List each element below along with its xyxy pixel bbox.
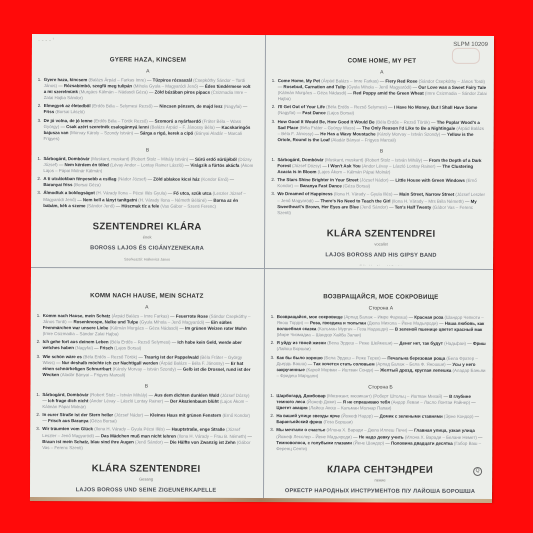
song-title: The Stars Shine Brighter in Your Street bbox=[277, 177, 359, 182]
song-title: Friss bbox=[44, 110, 56, 115]
track-entry: 3.De jó volna, de jó lenne (Erdős Béla –… bbox=[44, 118, 254, 143]
song-title: Braun ist mein Schatz, blau sind ihre Au… bbox=[42, 439, 135, 444]
song-title: Печальна березовая роща bbox=[387, 355, 446, 360]
song-title: Kleines Haus mit grünen Fenstern bbox=[150, 413, 222, 418]
composer-credit: (Йене Шандор) bbox=[353, 440, 385, 445]
composer-credit: (H. Várady Ilona – Németh Béláné) bbox=[138, 197, 208, 202]
track-entry: 2.The Stars Shine Brighter in Your Stree… bbox=[277, 177, 487, 190]
record-sleeve-back: · ‑ ‑ ‑ ꞌ GYERE HAZA, KINCSEM A 1.Gyere … bbox=[30, 34, 494, 500]
quadrant-russian: ВОЗВРАЩАЙСЯ, МОЕ СОКРОВИЩЕ Сторона А 1.В… bbox=[268, 275, 493, 502]
track-entry: 2.In eurer Straße ist der Stern heller (… bbox=[42, 412, 252, 425]
track-number: 1. bbox=[37, 313, 41, 319]
composer-credit: (Андор Леваи – Ласло Лонтаи Райнер) bbox=[391, 400, 471, 405]
song-title: Половина двадцати десятка bbox=[391, 440, 454, 445]
composer-credit: (Árpád Balázs – Béla F. Jánossy) bbox=[159, 360, 225, 365]
band-name: ОРКЕСТР НАРОДНЫХ ИНСТРУМЕНТОВ П/У ЛАЙОША… bbox=[268, 488, 492, 495]
track-number: 3. bbox=[271, 355, 275, 361]
composer-credit: (Béla Erdős – Rezső Selymesi) bbox=[110, 340, 172, 345]
separator: — bbox=[478, 434, 482, 439]
separator: — bbox=[230, 177, 234, 182]
song-title: Tűzpiros rózsaszál bbox=[153, 78, 194, 83]
composer-credit: (József Dózsy) bbox=[292, 163, 322, 168]
track-number: 1. bbox=[271, 157, 275, 163]
song-title: Возвращайся, мое сокровище bbox=[277, 314, 344, 319]
composer-credit: (Sándor Csepkóthy – János Tordi) bbox=[419, 79, 485, 84]
composer-credit: (Ernő Kondor) bbox=[222, 413, 250, 418]
track-number: 1. bbox=[271, 314, 275, 320]
song-title: Не надо девку учить bbox=[359, 434, 405, 439]
song-title: We Dreamed of Happiness bbox=[277, 191, 334, 196]
side-a-tracklist: 1.Возвращайся, мое сокровище (Арпад Бала… bbox=[269, 314, 493, 380]
song-title: Rosenknospe, Nelke und Tulpe bbox=[73, 319, 139, 324]
song-title: Húszmak tíz a fele bbox=[121, 203, 160, 208]
song-title: There's No Need to Teach the Girl bbox=[320, 198, 391, 203]
composer-credit: (Бела Эрдеш – Реже Шеймеши) bbox=[327, 341, 394, 346]
side-a-label: Сторона А bbox=[269, 305, 493, 312]
song-title: Frisch aus Baranya bbox=[48, 418, 90, 423]
song-title: Die Hälfte von Zwanzig ist Zehn bbox=[170, 439, 237, 444]
track-number: 2. bbox=[271, 340, 275, 346]
composer-credit: (Károly Morvay – István Szondy) bbox=[377, 131, 442, 136]
song-title: Come Home, My Pet bbox=[278, 78, 321, 83]
track-number: 2. bbox=[37, 176, 41, 182]
track-entry: 3.Wie schön wäre es (Béla Erdős – Rezső … bbox=[43, 354, 253, 379]
song-title: В зеленой пшенице цветет красный мак bbox=[395, 327, 482, 332]
composer-credit: (Károly Morvay – István Szondy) bbox=[113, 366, 178, 371]
composer-credit: (Йожеф Дожи) bbox=[306, 399, 337, 404]
band-name: BOROSS LAJOS ÉS CIGÁNYZENEKARA bbox=[35, 245, 259, 252]
track-entry: 2.A ti utcátokban fényesebb a csillag (N… bbox=[43, 176, 253, 189]
artist-role: Gesang bbox=[34, 476, 258, 482]
song-title: Шарбогард, Домбовар bbox=[276, 393, 326, 398]
sticker-residue bbox=[452, 48, 480, 64]
song-title: Nem kell a lányt tanítgatni bbox=[83, 197, 138, 202]
track-number: 2. bbox=[37, 339, 41, 345]
side-b-label: B bbox=[34, 383, 258, 390]
song-title: Wir träumten vom Glück bbox=[42, 426, 94, 431]
composer-credit: (Erdős Béla – Török Rezső) bbox=[94, 118, 149, 123]
side-b-label: B bbox=[35, 147, 259, 154]
composer-credit: (Арпад Балаж – Имре Фаркаш) bbox=[344, 314, 409, 319]
artist-role: ének bbox=[35, 234, 259, 240]
song-title: Sárga a rigó, kerek a cipó bbox=[140, 130, 194, 135]
song-title: Das Mädchen muß man nicht lehren bbox=[101, 433, 177, 438]
song-title: Csak azért szeretnék csalogánnyá lenni bbox=[66, 124, 150, 129]
qualiton-logo-icon: Q bbox=[473, 467, 482, 476]
composer-credit: (H. Várady Ilona – Pécsi Illés Gyula) bbox=[96, 191, 168, 196]
composer-credit: (Andor Lévay – László Lontay Rainer) bbox=[90, 398, 165, 403]
track-entry: 1.Шарбогард, Домбовар (Мюзикант, мюзикан… bbox=[276, 393, 486, 412]
composer-credit: (Morvay Károly – Szondy István) bbox=[70, 130, 135, 135]
composer-credit: (Borsai László) bbox=[55, 110, 84, 115]
composer-credit: (Nagyfai) bbox=[75, 346, 94, 351]
track-entry: 3.Мы мечтали о счастье (Илона Х. Варади … bbox=[276, 427, 486, 452]
composer-credit: (Borsai Géza) bbox=[74, 182, 101, 187]
song-title: Желтый дрозд, круглая лепешка bbox=[380, 367, 452, 372]
composer-credit: (Илона Х. Варади – Белане Немет) bbox=[405, 434, 478, 439]
track-number: 2. bbox=[270, 413, 274, 419]
song-title: Traurig ist der Pappelwald bbox=[144, 354, 200, 359]
horizontal-divider bbox=[31, 267, 493, 270]
song-title: Фриш bbox=[473, 341, 486, 346]
composer-credit: (Géza Borsai) bbox=[343, 184, 370, 189]
song-title: Главная улица, узкая улица bbox=[414, 428, 475, 433]
artist-role: vocalist bbox=[269, 241, 493, 247]
artist-role: пение bbox=[268, 477, 492, 483]
song-title: Цветет акация bbox=[276, 405, 308, 410]
track-entry: 1.Gyere haza, kincsem (Balázs Árpád – Fa… bbox=[44, 77, 254, 102]
separator: — bbox=[243, 104, 247, 109]
composer-credit: (Murgács Kálmán – Nádasdi Géza) bbox=[79, 89, 149, 94]
composer-credit: (József Nádor) bbox=[360, 178, 390, 183]
track-entry: 2.Ich gehe fort aus deinem Leben (Béla E… bbox=[43, 339, 253, 352]
track-number: 1. bbox=[36, 392, 40, 398]
track-entry: 1.Возвращайся, мое сокровище (Арпад Бала… bbox=[277, 314, 487, 339]
composer-credit: (Nagyfai) bbox=[224, 104, 243, 109]
composer-credit: (Бела Эрдеш – Реже Терек) bbox=[324, 355, 382, 360]
composer-credit: (Лайош Акош – Кальман Молнар Папаи) bbox=[309, 405, 392, 410]
song-title: De jó volna, de jó lenne bbox=[44, 118, 94, 123]
artist-name: KLÁRA SZENTENDREI bbox=[269, 228, 493, 240]
song-title: How Good It Would Be, How Good It Would … bbox=[278, 119, 376, 124]
track-entry: 3.How Good It Would Be, How Good It Woul… bbox=[278, 119, 488, 144]
side-a-tracklist: 1.Come Home, My Pet (Árpád Balázs – Imre… bbox=[270, 78, 494, 144]
album-title: ВОЗВРАЩАЙСЯ, МОЕ СОКРОВИЩЕ bbox=[269, 293, 493, 301]
track-number: 1. bbox=[270, 393, 274, 399]
composer-credit: (Дюла Михола – Йене Мадьяроди) bbox=[367, 321, 439, 326]
song-title: I Won't Ask You bbox=[328, 163, 362, 168]
composer-credit: (Muskant, muskant) (Robert Stolz – Istvá… bbox=[325, 157, 424, 162]
song-title: Fiery Red Rose bbox=[385, 79, 418, 84]
song-title: A ti utcátokban fényesebb a csillag bbox=[43, 176, 117, 181]
track-number: 2. bbox=[36, 412, 40, 418]
composer-credit: (Árpád Balázs – Imre Farkas) bbox=[321, 78, 380, 83]
album-title: GYERE HAZA, KINCSEM bbox=[36, 56, 260, 64]
song-title: Nur deshalb möchte ich zur Nachtigall we… bbox=[62, 360, 160, 365]
track-entry: 1.Komm nach Hause, mein Schatz (Árpád Ba… bbox=[43, 313, 253, 338]
composer-credit: (Aladár Bányai – Frigyes Marcali) bbox=[60, 372, 125, 377]
song-title: Our Love was a Sweet Fairy Tale bbox=[418, 85, 486, 90]
track-number: 2. bbox=[38, 103, 42, 109]
track-number: 3. bbox=[272, 119, 276, 125]
track-number: 3. bbox=[38, 118, 42, 124]
song-title: Baranyai friss bbox=[43, 182, 73, 187]
composer-credit: (Lajos Ákom – Kálmán Pápai Molnár) bbox=[318, 169, 391, 174]
composer-credit: (Robert Stolz – István Mihály) bbox=[90, 392, 149, 397]
quadrant-german: KOMM NACH HAUSE, MEIN SCHATZ A 1.Komm na… bbox=[34, 274, 259, 501]
song-title: Домик с зелеными ставнями bbox=[380, 414, 444, 419]
track-number: 1. bbox=[38, 77, 42, 83]
composer-credit: (Арпад Балаж – Бела Ф. Яношши) bbox=[376, 361, 447, 366]
song-title: Hauptstraße, enge Straße bbox=[172, 427, 226, 432]
composer-credit: (Aladár Bányai – Frigyes Marcali) bbox=[331, 137, 396, 142]
composer-credit: (Nagyfai) bbox=[278, 111, 297, 116]
track-entry: 3.Как бы было хорошо (Бела Эрдеш – Реже … bbox=[277, 355, 487, 380]
song-title: Virágzik a fürtös akácfa bbox=[190, 163, 240, 168]
song-title: Feuerrote Rose bbox=[176, 314, 209, 319]
song-title: Так хочется стать соловьем bbox=[313, 361, 375, 366]
song-title: Komm nach Hause, mein Schatz bbox=[43, 313, 112, 318]
track-number: 3. bbox=[37, 354, 41, 360]
composer-credit: (Илона Х. Варади – Дюла Иллеш Печи) bbox=[327, 428, 409, 433]
composer-credit: (Йожеф Надор) bbox=[341, 414, 374, 419]
song-title: I'll Get Out of Your Life bbox=[278, 104, 326, 109]
track-entry: 1.Sárbogárd, Dombóvár (Muskant, muskant)… bbox=[277, 157, 487, 176]
artist-name: КЛАРА СЕНТЭНДРЕИ bbox=[268, 464, 492, 476]
composer-credit: (Muskant, muskant) (Robert Stolz – Mihál… bbox=[91, 156, 190, 161]
song-title: He Has a Wavy Moustache bbox=[320, 131, 376, 136]
track-entry: 2.Я уйду из твоей жизни (Бела Эрдеш – Ре… bbox=[277, 340, 487, 353]
composer-credit: (Balázs Árpád – F. Jánossy Béla) bbox=[150, 124, 216, 129]
song-title: Rózsabimbó, szegfű meg tulipán bbox=[64, 83, 134, 88]
composer-credit: (Erdős Béla – Selymesi Rezső) bbox=[92, 104, 154, 109]
song-title: Rosebud, Carnation and Tulip bbox=[283, 84, 346, 89]
song-title: Денег нет, так будут bbox=[399, 341, 444, 346]
song-title: Main Street, Narrow Street bbox=[399, 192, 455, 197]
composer-credit: (Gyula Mihola – Jenő Magyaródi) bbox=[139, 320, 205, 325]
track-number: 2. bbox=[271, 177, 275, 183]
composer-credit: (Árpád Balázs – Imre Farkas) bbox=[112, 313, 171, 318]
song-title: Ich gehe fort aus deinem Leben bbox=[43, 339, 110, 344]
editor-credit: Редактор: Янош Халкович bbox=[268, 500, 492, 502]
composer-credit: (Béla Fráter – György Wass) bbox=[300, 125, 357, 130]
song-title: Роза, гвоздика и тюльпан bbox=[310, 320, 367, 325]
composer-credit: (Kondor Ernő) bbox=[201, 177, 230, 182]
editor-credit: Redakteur: János Halkovics bbox=[34, 499, 258, 501]
track-number: 3. bbox=[37, 190, 41, 196]
track-number: 3. bbox=[270, 427, 274, 433]
composer-credit: (Nádor József) bbox=[118, 177, 148, 182]
separator: — bbox=[475, 414, 479, 419]
composer-credit: (Béla Erdős – Rezső Selymesi) bbox=[326, 105, 388, 110]
song-title: Красная роза bbox=[414, 315, 444, 320]
song-title: Zöld ablakos kicsi ház bbox=[153, 177, 201, 182]
song-title: Я не спрашиваю тебя bbox=[343, 399, 391, 404]
song-title: Wie schön wäre es bbox=[43, 354, 83, 359]
composer-credit: (Надьфаи) bbox=[444, 341, 467, 346]
side-b-tracklist: 1.Sárbogárd, Dombóvár (Muskant, muskant)… bbox=[35, 156, 259, 210]
song-title: Zöld búzában piros pipacs bbox=[155, 90, 212, 95]
song-title: The Only Reason I'd Like to Be a Nightin… bbox=[362, 125, 456, 130]
song-title: Sárbogárd, Dombóvár bbox=[43, 156, 90, 161]
track-entry: 2.I'll Get Out of Your Life (Béla Erdős … bbox=[278, 104, 488, 117]
track-number: 2. bbox=[272, 104, 276, 110]
song-title: Я уйду из твоей жизни bbox=[277, 340, 328, 345]
song-title: Red Poppy amid the Green Wheat bbox=[353, 91, 425, 96]
side-b-tracklist: 1.Sárbogárd, Dombóvár (Robert Stolz – Is… bbox=[34, 392, 258, 452]
song-title: Мы мечтали о счастье bbox=[276, 427, 326, 432]
song-title: Sárbogárd, Dombóvár bbox=[277, 157, 324, 162]
composer-credit: (Эрне Кондор) bbox=[444, 414, 475, 419]
song-title: На вашей улице звезды ярче bbox=[276, 413, 341, 418]
song-title: Sárbogárd, Dombóvár bbox=[42, 392, 89, 397]
composer-credit: (Мюзикант, мюзикант) (Роберт Штольц – Иш… bbox=[327, 393, 444, 399]
composer-credit: (Lévay Andor – Lontay Rainer László) bbox=[110, 162, 185, 167]
composer-credit: (Gyula Mihola – Jenő Magyaródi) bbox=[347, 84, 413, 89]
composer-credit: (Kálmán Murgács – Géza Nádasdi) bbox=[110, 326, 180, 331]
composer-credit: (Mihola Gyula – Magyaródi Jenő) bbox=[133, 84, 199, 89]
song-title: Fő utca, szűk utca bbox=[173, 191, 212, 196]
track-entry: 1.Sárbogárd, Dombóvár (Robert Stolz – Is… bbox=[42, 392, 252, 411]
composer-credit: (Лайош Боршаи) bbox=[277, 347, 311, 352]
song-title: Как бы было хорошо bbox=[277, 355, 324, 360]
side-a-label: A bbox=[270, 69, 494, 76]
editor-credit: Szerkesztő: Halkovics János bbox=[35, 257, 259, 262]
composer-credit: (Andor Lévay – László Lontay Rainer) bbox=[362, 163, 437, 168]
composer-credit: (Ilona H. Várady – Mrs Béla Németh) bbox=[392, 198, 465, 203]
track-entry: 3.Álmodtuk a boldogságot (H. Várady Ilon… bbox=[43, 190, 253, 209]
composer-credit: (Géza Borsai) bbox=[90, 419, 117, 424]
side-a-tracklist: 1.Komm nach Hause, mein Schatz (Árpád Ba… bbox=[35, 313, 259, 379]
track-entry: 1.Sárbogárd, Dombóvár (Muskant, muskant)… bbox=[43, 156, 253, 175]
side-b-tracklist: 1.Sárbogárd, Dombóvár (Muskant, muskant)… bbox=[269, 157, 493, 217]
song-title: In eurer Straße ist der Stern heller bbox=[42, 412, 114, 417]
track-entry: 3.Wir träumten vom Glück (Ilona H. Várad… bbox=[42, 426, 252, 451]
band-name: LAJOS BOROSS AND HIS GIPSY BAND bbox=[269, 252, 493, 259]
song-title: Ich frage dich nicht bbox=[48, 398, 90, 403]
song-title: Baranya Fast Dance bbox=[300, 183, 343, 188]
quadrant-english: SLPM 10209 COME HOME, MY PET A 1.Come Ho… bbox=[269, 39, 494, 266]
side-a-label: A bbox=[36, 68, 260, 75]
composer-credit: (Йожеф Лесслер – Йене Мадьяроди) bbox=[276, 434, 353, 439]
composer-credit: (Кальман Мургач – Геза Надашди) bbox=[318, 326, 390, 331]
composer-credit: (Карой Морваи – Иштван Сонди) bbox=[306, 367, 374, 372]
composer-credit: (Jenő Sándor) bbox=[135, 439, 164, 444]
composer-credit: (Kálmán Murgács – Géza Nádasdi) bbox=[278, 90, 348, 95]
composer-credit: (Имре Чизмадиа – Шандор Хайба Залаи) bbox=[277, 332, 361, 337]
song-title: I Have No Money, But I Shall Have Some bbox=[394, 105, 478, 110]
composer-credit: (József Dózsy) bbox=[220, 393, 249, 398]
composer-credit: (Balázs Árpád – Farkas Imre) bbox=[88, 77, 147, 82]
side-b-label: Сторона Б bbox=[268, 384, 492, 391]
editor-credit: Edited by: János Halkovics bbox=[269, 264, 493, 266]
track-entry: 1.Come Home, My Pet (Árpád Balázs – Imre… bbox=[278, 78, 488, 103]
composer-credit: (Béla Erdős – Rezső Török) bbox=[376, 119, 431, 124]
song-title: Der Akazienbaum blüht bbox=[170, 399, 220, 404]
composer-credit: (Ilona H. Várady – Gyula Illés) bbox=[334, 192, 394, 197]
song-title: Fast Dance bbox=[302, 111, 327, 116]
song-title: Ten's Half Twenty bbox=[395, 204, 433, 209]
composer-credit: (Imre Csizmadia – Sándor Zalai Hajba) bbox=[43, 331, 119, 336]
composer-credit: (Jenő Sándor) bbox=[360, 204, 389, 209]
separator: — bbox=[471, 400, 475, 405]
song-title: Szomorú a nyárfaerdő bbox=[155, 118, 203, 123]
song-title: Gyere haza, kincsem bbox=[44, 77, 89, 82]
side-a-tracklist: 1.Gyere haza, kincsem (Balázs Árpád – Fa… bbox=[36, 77, 260, 143]
composer-credit: (József Nádor) bbox=[114, 413, 144, 418]
track-number: 3. bbox=[271, 191, 275, 197]
artist-name: KLÁRA SZENTENDREI bbox=[34, 463, 258, 475]
composer-credit: (Ilona H. Várady – Gyula Pécsi Illés) bbox=[94, 427, 166, 432]
song-title: Баранъяйский фриш bbox=[276, 419, 323, 424]
song-title: Sűrű erdő sűrűjéből bbox=[195, 157, 238, 162]
track-number: 3. bbox=[36, 426, 40, 432]
song-title: Im grünen Weizen roter Mohn bbox=[185, 326, 247, 331]
album-title: KOMM NACH HAUSE, MEIN SCHATZ bbox=[35, 292, 259, 300]
side-b-label: B bbox=[269, 148, 493, 155]
composer-credit: (Lajos Borsai) bbox=[327, 111, 354, 116]
song-title: Elmegyek az életedből bbox=[44, 103, 92, 108]
composer-credit: (Ilona H. Várady – Frau B. Németh) bbox=[177, 433, 247, 438]
track-number: 1. bbox=[37, 156, 41, 162]
artist-name: SZENTENDREI KLÁRA bbox=[35, 221, 259, 233]
composer-credit: (Vas Gábor – Szenti Ferenc) bbox=[160, 203, 216, 208]
song-title: Álmodtuk a boldogságot bbox=[43, 190, 96, 195]
track-number: 1. bbox=[272, 78, 276, 84]
song-title: Little House with Green Windows bbox=[395, 178, 466, 183]
track-entry: 2.Elmegyek az életedből (Erdős Béla – Se… bbox=[44, 103, 254, 116]
song-title: Nincsen pénzem, de majd lesz bbox=[159, 104, 223, 109]
vertical-divider bbox=[263, 35, 266, 499]
quadrant-hungarian: GYERE HAZA, KINCSEM A 1.Gyere haza, kinc… bbox=[35, 38, 260, 265]
composer-credit: (Sándor Jenő) bbox=[87, 203, 116, 208]
composer-credit: (Béla Erdős – Rezső Török) bbox=[83, 354, 138, 359]
track-entry: 2.На вашей улице звезды ярче (Йожеф Надо… bbox=[276, 413, 486, 426]
composer-credit: (Геза Боршаи) bbox=[324, 420, 353, 425]
song-title: Nem kérdem én tőled bbox=[64, 162, 110, 167]
side-a-label: A bbox=[35, 304, 259, 311]
track-entry: 3.We Dreamed of Happiness (Ilona H. Vára… bbox=[277, 191, 487, 216]
separator: — bbox=[248, 433, 252, 438]
band-name: LAJOS BOROSS UND SEINE ZIGEUNERKAPELLE bbox=[34, 487, 258, 494]
song-title: Темноволоса, с голубыми глазами bbox=[276, 440, 353, 445]
song-title: Frisch bbox=[100, 346, 114, 351]
side-b-tracklist: 1.Шарбогард, Домбовар (Мюзикант, мюзикан… bbox=[268, 393, 492, 453]
composer-credit: (Lajos Borsai) bbox=[114, 346, 141, 351]
song-title: Aus dem dichten dunklen Wald bbox=[154, 392, 220, 397]
